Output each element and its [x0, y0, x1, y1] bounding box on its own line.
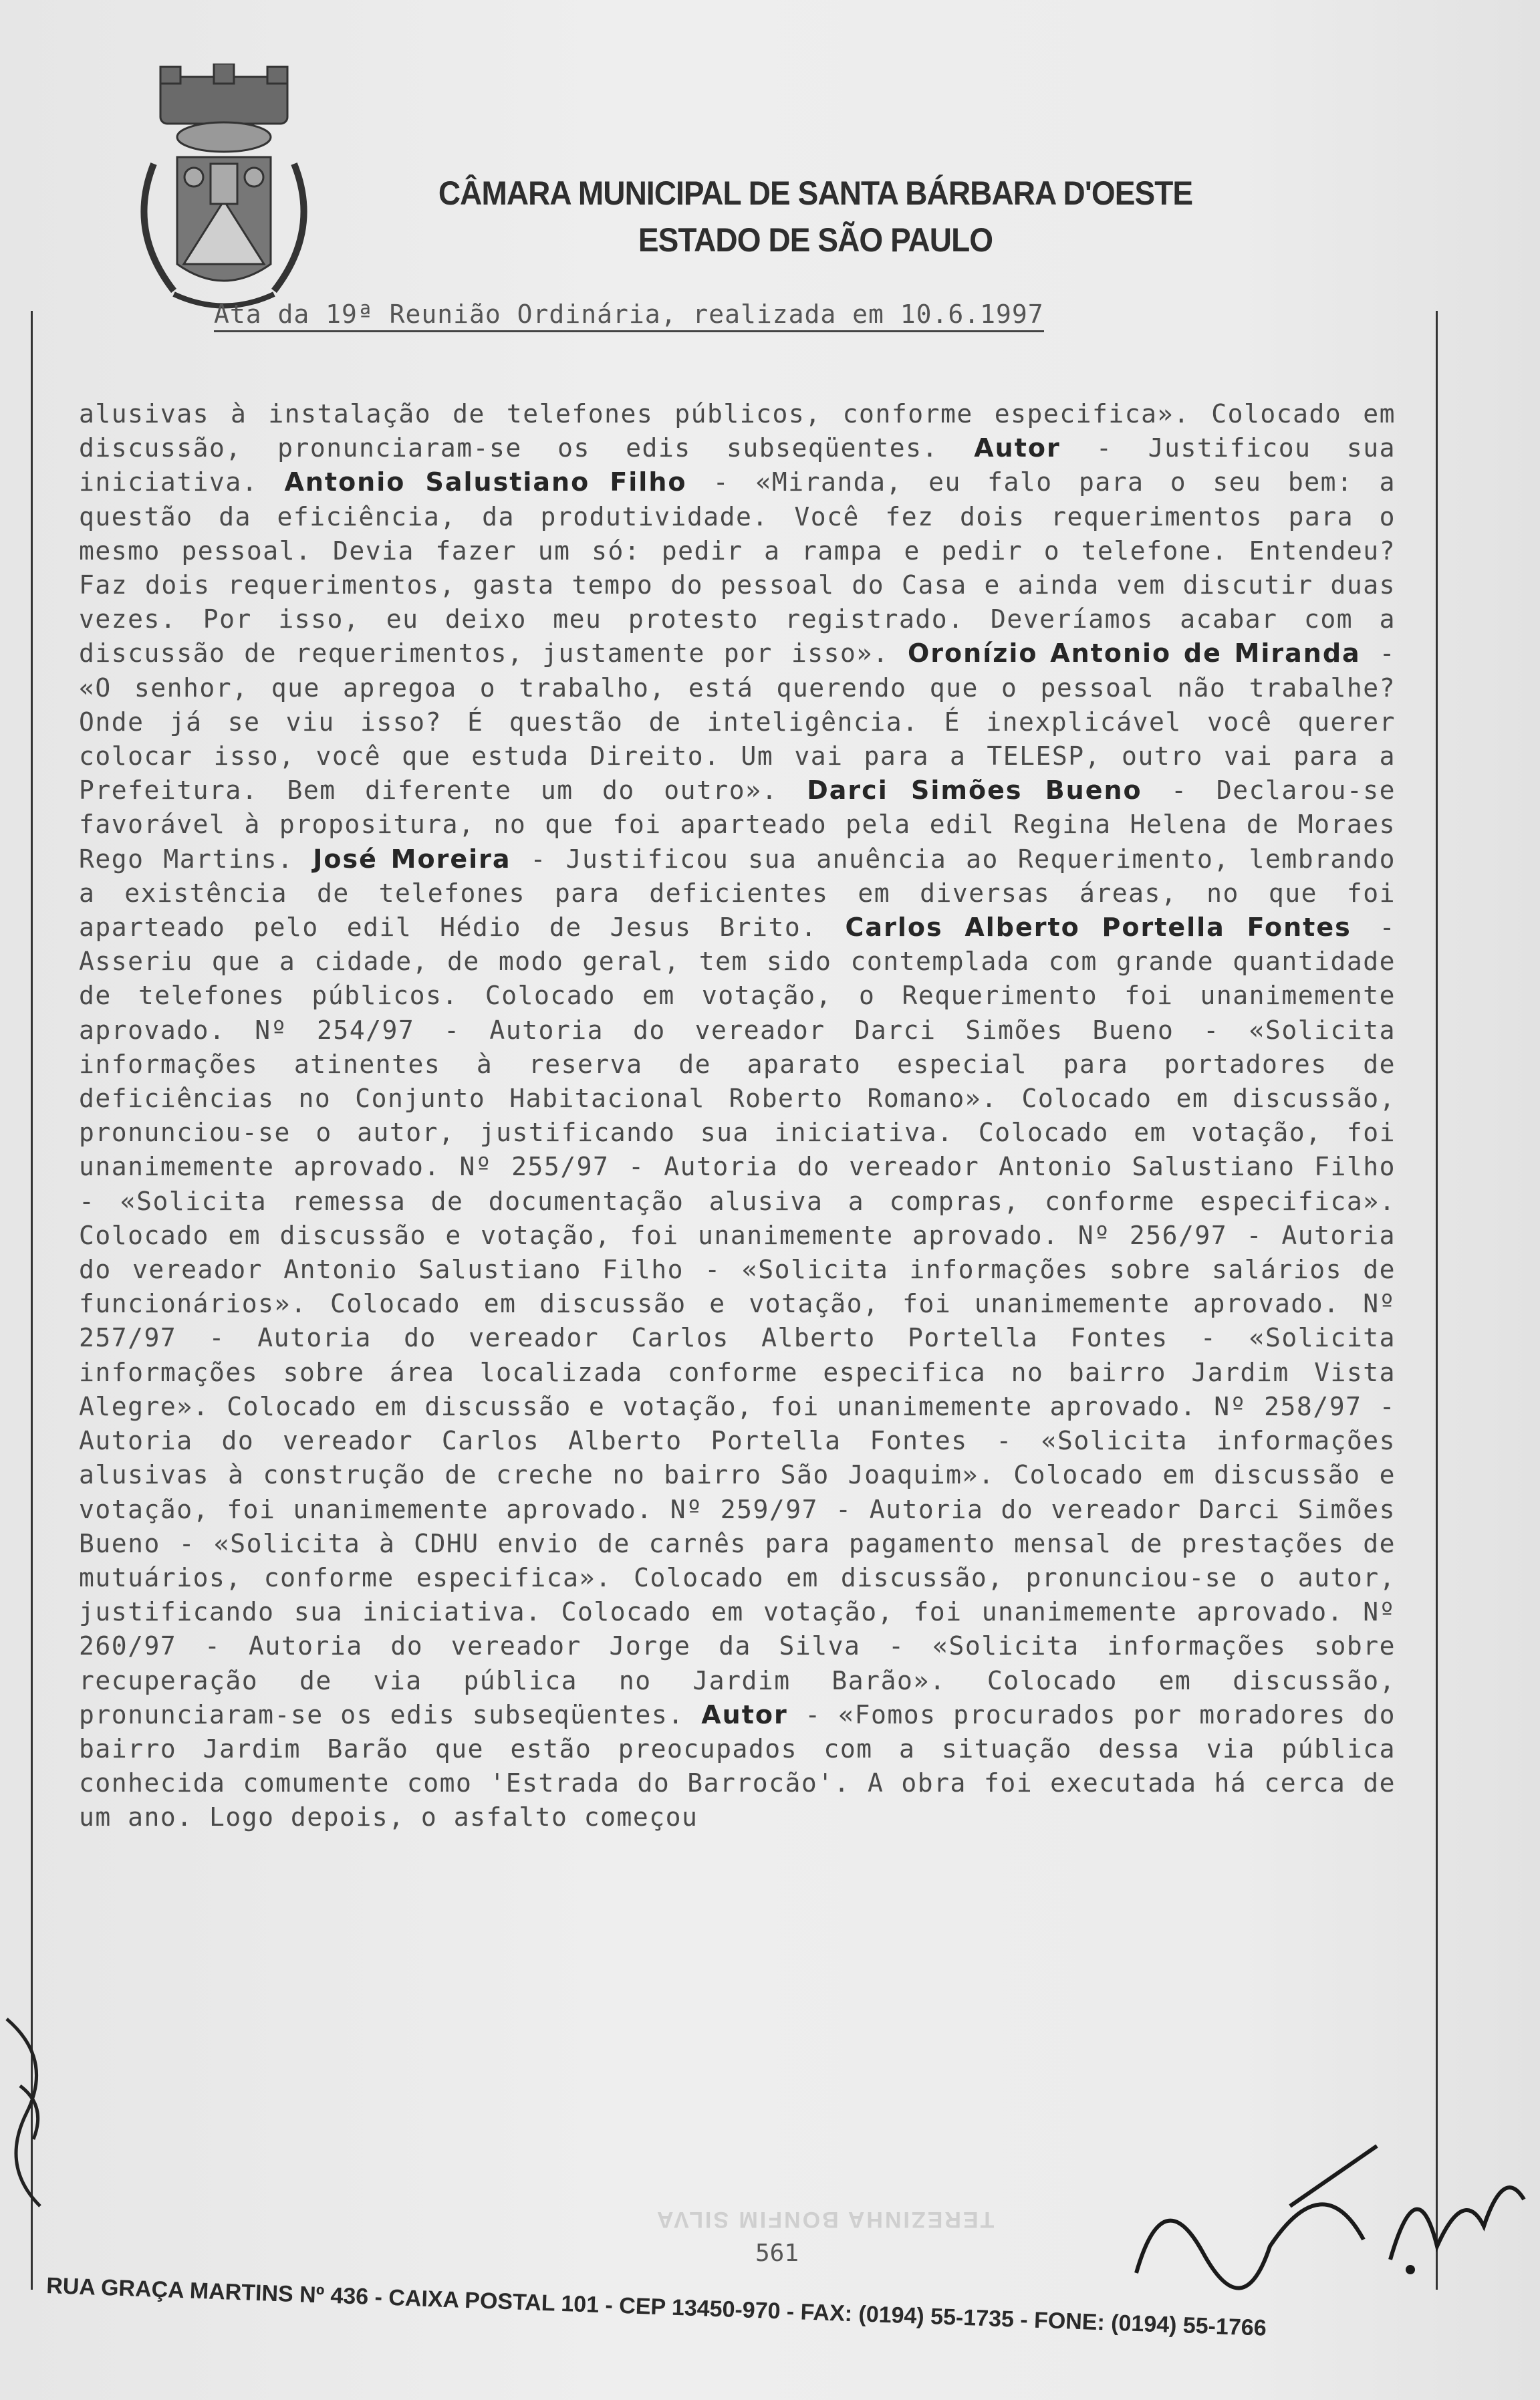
page-number: 561 — [755, 2240, 799, 2267]
speaker-name: Autor — [974, 433, 1060, 463]
left-margin-rule — [31, 311, 33, 2290]
signature-initials — [1123, 2126, 1537, 2300]
right-margin-rule — [1436, 311, 1438, 2290]
stamp-bleed-through: TEREZINHA BONFIM SILVA — [655, 2206, 994, 2232]
minutes-body-text: alusivas à instalação de telefones públi… — [79, 397, 1396, 1835]
speaker-name: Oronízio Antonio de Miranda — [908, 638, 1361, 668]
speaker-name: Autor — [701, 1700, 787, 1729]
minutes-text-run: - Asseriu que a cidade, de modo geral, t… — [79, 913, 1396, 1729]
document-page: CÂMARA MUNICIPAL DE SANTA BÁRBARA D'OEST… — [0, 0, 1540, 2400]
municipal-coat-of-arms-icon — [114, 64, 334, 318]
minutes-title: Ata da 19ª Reunião Ordinária, realizada … — [214, 299, 1044, 332]
speaker-name: Darci Simões Bueno — [807, 775, 1142, 805]
speaker-name: Antonio Salustiano Filho — [284, 467, 686, 497]
speaker-name: José Moreira — [313, 844, 511, 874]
speaker-name: Carlos Alberto Portella Fontes — [846, 913, 1352, 942]
state-name: ESTADO DE SÃO PAULO — [437, 221, 1194, 259]
institution-name: CÂMARA MUNICIPAL DE SANTA BÁRBARA D'OEST… — [437, 174, 1194, 213]
signature-left-margin — [0, 2006, 60, 2226]
